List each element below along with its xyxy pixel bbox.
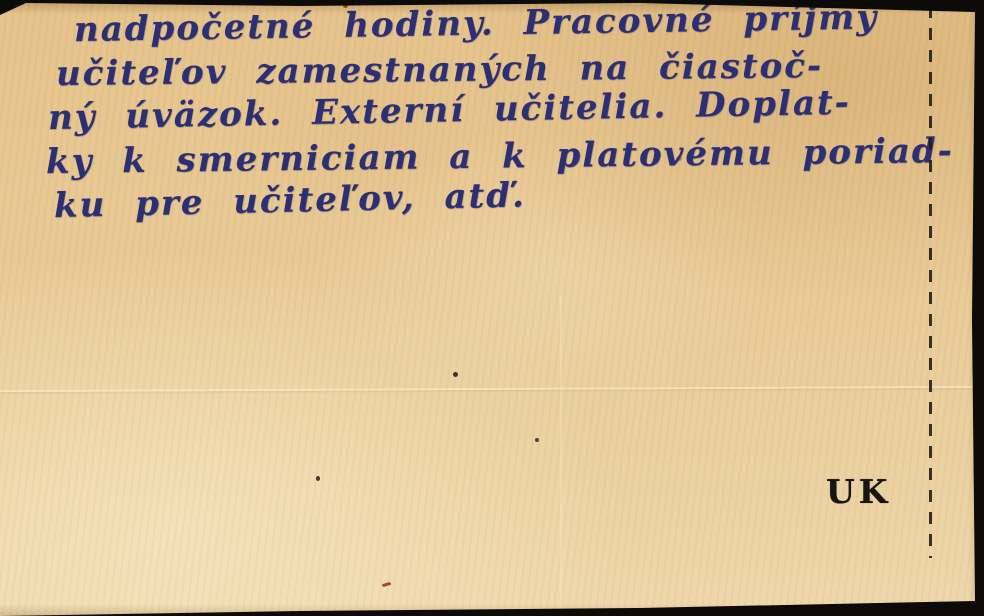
card-paper: nadpočetné hodiny. Pracovné príjmy učite… (0, 0, 984, 616)
uk-stamp: UK (826, 472, 891, 511)
vertical-crease (560, 295, 562, 616)
handwritten-note: nadpočetné hodiny. Pracovné príjmy učite… (46, 8, 976, 228)
scan-frame: nadpočetné hodiny. Pracovné príjmy učite… (0, 0, 984, 616)
perforation-dashed-line (929, 6, 932, 558)
ink-speck (453, 372, 458, 377)
ink-speck (316, 476, 320, 481)
ink-speck (535, 438, 539, 442)
